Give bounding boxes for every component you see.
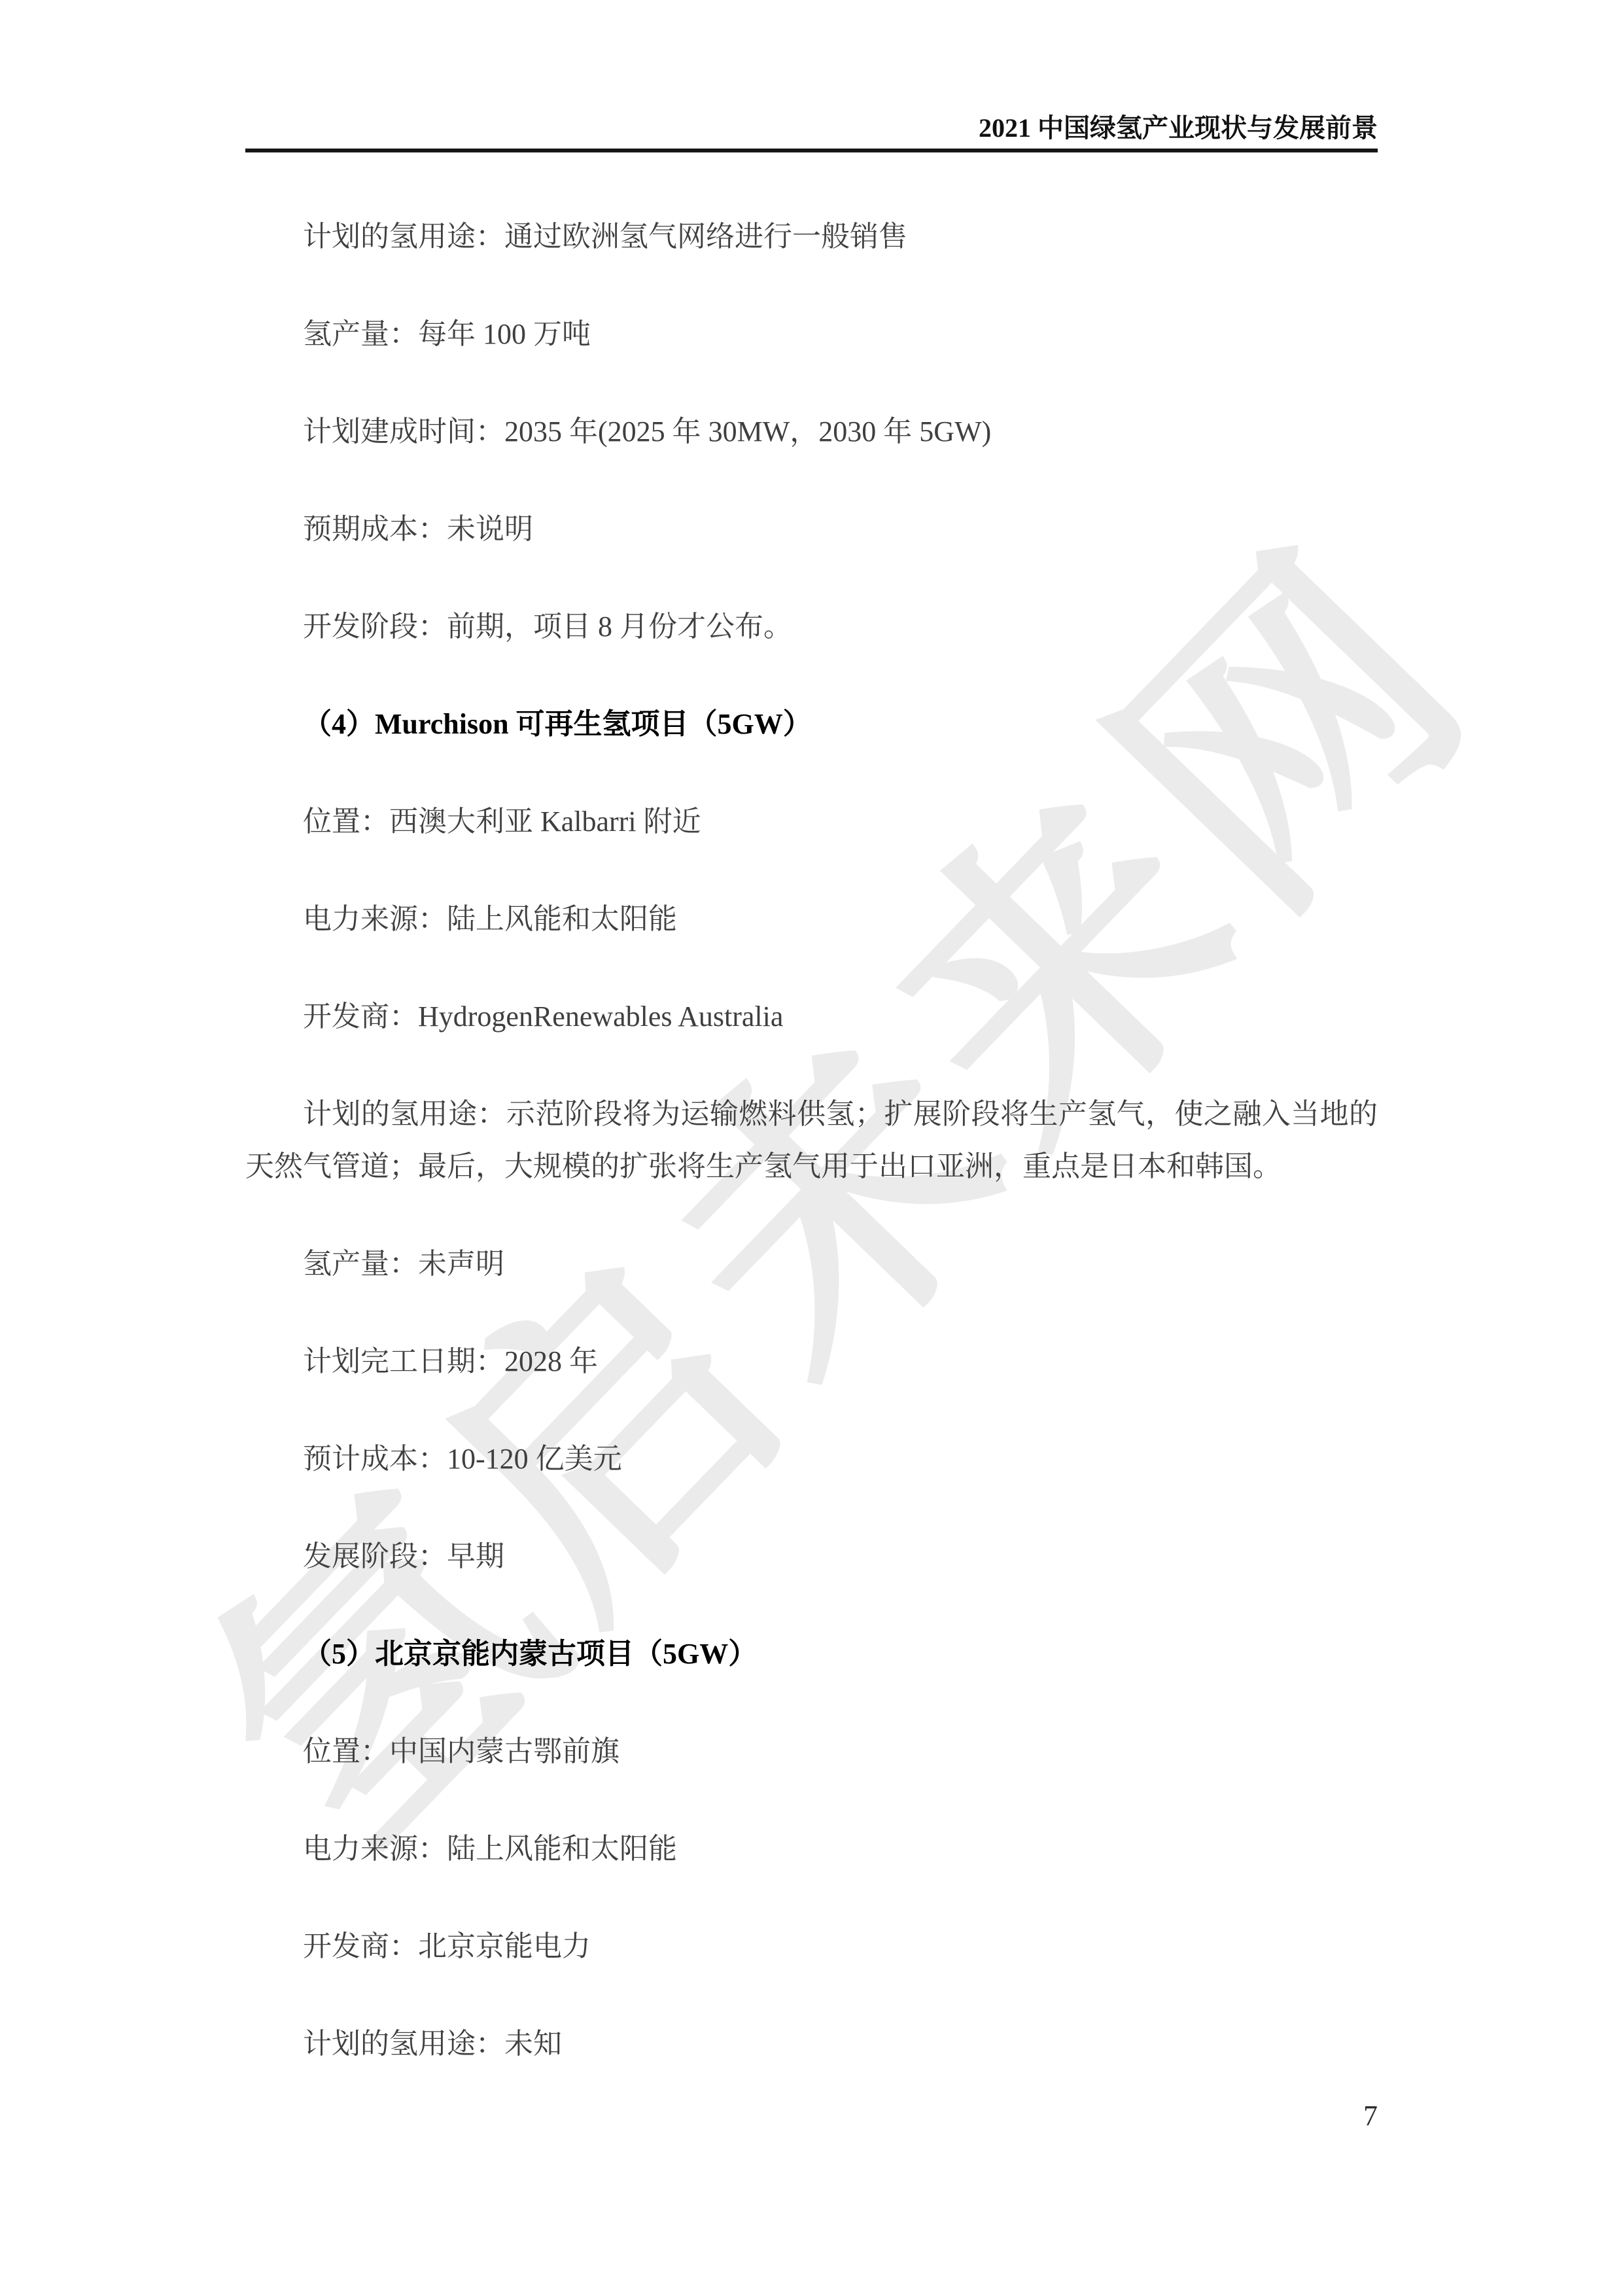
- body-paragraph: 计划的氢用途：未知: [245, 2018, 1378, 2070]
- document-body: 计划的氢用途：通过欧洲氢气网络进行一般销售氢产量：每年 100 万吨计划建成时间…: [245, 211, 1378, 2115]
- page-number: 7: [1363, 2100, 1378, 2132]
- header-title: 2021 中国绿氢产业现状与发展前景: [979, 113, 1378, 143]
- body-paragraph: 位置：西澳大利亚 Kalbarri 附近: [245, 796, 1378, 848]
- header-rule: [245, 149, 1378, 152]
- page-header: 2021 中国绿氢产业现状与发展前景: [245, 113, 1378, 144]
- body-paragraph: 开发阶段：前期，项目 8 月份才公布。: [245, 601, 1378, 653]
- body-paragraph: 计划的氢用途：示范阶段将为运输燃料供氢；扩展阶段将生产氢气，使之融入当地的天然气…: [245, 1088, 1378, 1193]
- section-heading: （5）北京京能内蒙古项目（5GW）: [245, 1628, 1378, 1680]
- body-paragraph: 计划建成时间：2035 年(2025 年 30MW，2030 年 5GW): [245, 406, 1378, 458]
- body-paragraph: 电力来源：陆上风能和太阳能: [245, 1823, 1378, 1875]
- body-paragraph: 位置：中国内蒙古鄂前旗: [245, 1725, 1378, 1778]
- body-paragraph: 计划完工日期：2028 年: [245, 1335, 1378, 1388]
- document-page: 氢启未来网 2021 中国绿氢产业现状与发展前景 计划的氢用途：通过欧洲氢气网络…: [0, 0, 1623, 2296]
- body-paragraph: 计划的氢用途：通过欧洲氢气网络进行一般销售: [245, 211, 1378, 263]
- body-paragraph: 开发商：HydrogenRenewables Australia: [245, 991, 1378, 1043]
- body-paragraph: 开发商：北京京能电力: [245, 1920, 1378, 1973]
- body-paragraph: 预期成本：未说明: [245, 503, 1378, 556]
- body-paragraph: 电力来源：陆上风能和太阳能: [245, 893, 1378, 945]
- body-paragraph: 氢产量：每年 100 万吨: [245, 308, 1378, 361]
- body-paragraph: 发展阶段：早期: [245, 1530, 1378, 1583]
- section-heading: （4）Murchison 可再生氢项目（5GW）: [245, 698, 1378, 751]
- body-paragraph: 预计成本：10-120 亿美元: [245, 1433, 1378, 1485]
- body-paragraph: 氢产量：未声明: [245, 1238, 1378, 1290]
- page-footer: 7: [245, 2099, 1378, 2132]
